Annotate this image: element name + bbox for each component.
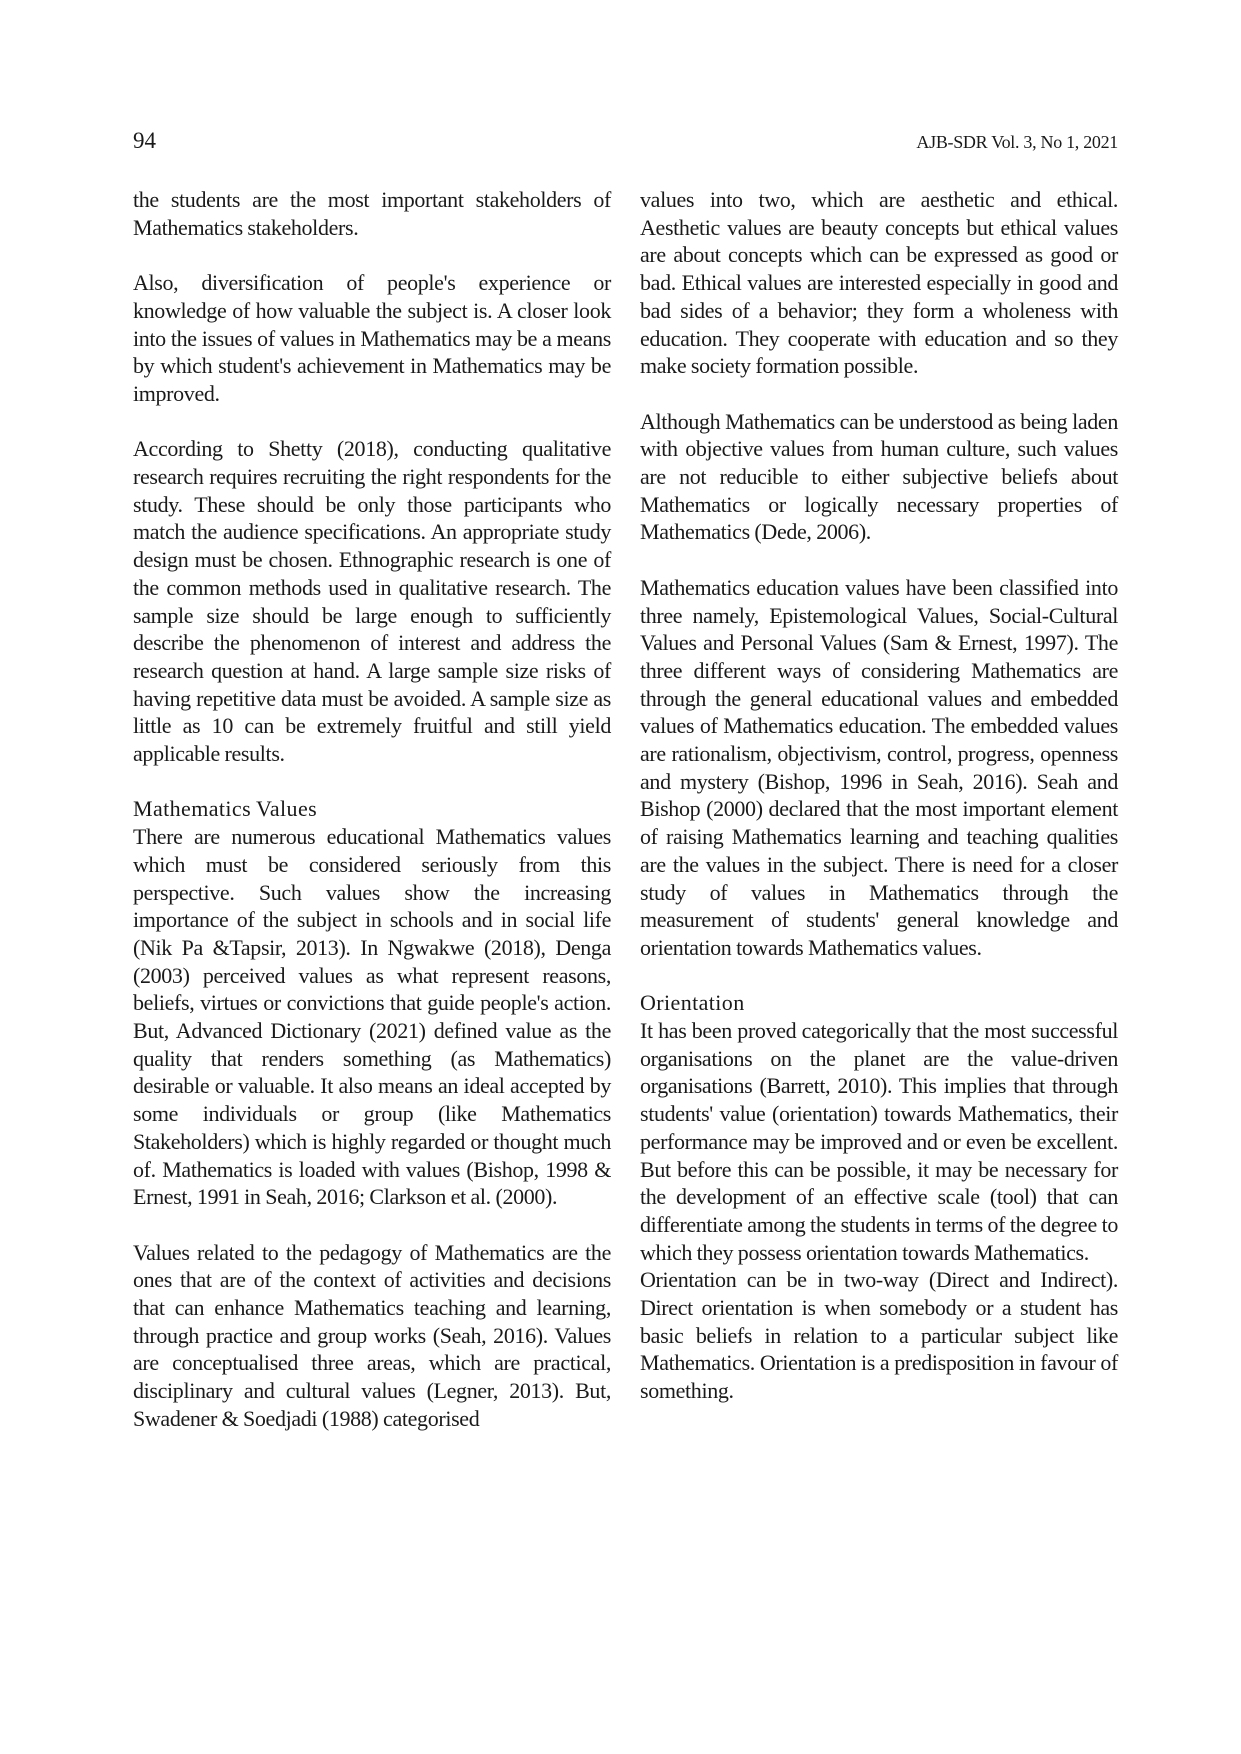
paragraph-diversification: Also, diversification of people's experi… [133, 269, 611, 408]
journal-reference: AJB-SDR Vol. 3, No 1, 2021 [916, 128, 1118, 156]
section-heading-orientation: Orientation [640, 989, 1118, 1017]
paragraph-objective-values: Although Mathematics can be understood a… [640, 408, 1118, 547]
left-column: the students are the most important stak… [133, 186, 611, 1433]
section-heading-mathematics-values: Mathematics Values [133, 795, 611, 823]
paragraph-educational-values: There are numerous educational Mathemati… [133, 823, 611, 1211]
paragraph-shetty: According to Shetty (2018), conducting q… [133, 435, 611, 767]
paragraph-orientation-two-way: Orientation can be in two-way (Direct an… [640, 1266, 1118, 1405]
page-number: 94 [133, 126, 156, 156]
paragraph-education-values-classified: Mathematics education values have been c… [640, 574, 1118, 962]
paragraph-aesthetic-ethical: values into two, which are aesthetic and… [640, 186, 1118, 380]
paragraph-value-driven: It has been proved categorically that th… [640, 1017, 1118, 1266]
right-column: values into two, which are aesthetic and… [640, 186, 1118, 1405]
paragraph-stakeholders: the students are the most important stak… [133, 186, 611, 241]
page-header: 94 AJB-SDR Vol. 3, No 1, 2021 [133, 126, 1118, 156]
paragraph-pedagogy-values: Values related to the pedagogy of Mathem… [133, 1239, 611, 1433]
